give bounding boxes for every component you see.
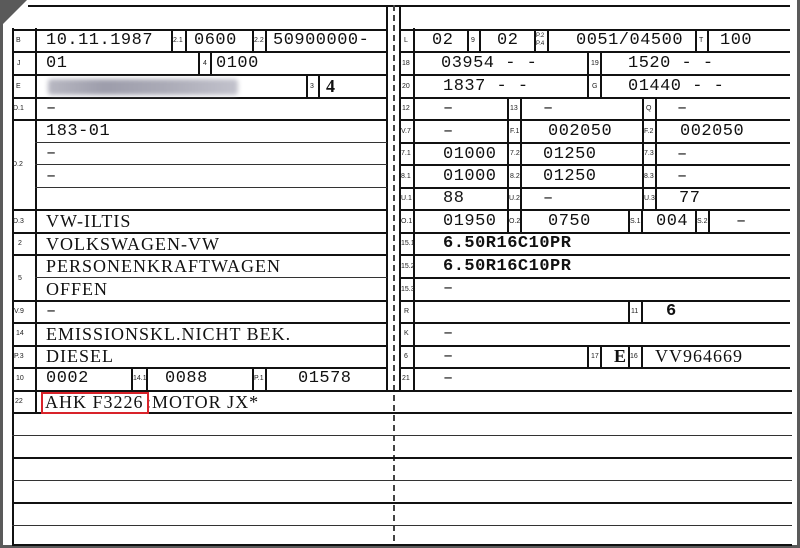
field-label-6: 6 — [404, 353, 408, 361]
cell-divider — [198, 52, 200, 74]
cell-divider — [655, 120, 657, 142]
field-value-2: VOLKSWAGEN-VW — [46, 234, 220, 254]
cell-divider — [265, 30, 267, 51]
field-value-b-date: 10.11.1987 — [46, 31, 153, 51]
field-value-2-1: 0600 — [194, 31, 237, 51]
field-value-s1: 004 — [656, 212, 688, 232]
field-value-j: 01 — [46, 54, 67, 74]
row-line — [399, 51, 790, 53]
field-value-u3: 77 — [679, 189, 700, 209]
field-value-t: 100 — [720, 31, 752, 51]
row-line — [399, 74, 790, 76]
cell-divider — [507, 143, 509, 164]
field-value-2-2: 50900000- — [273, 31, 369, 51]
cell-divider — [520, 165, 522, 187]
field-label-o2: O.2 — [509, 218, 520, 226]
field-label-f1: F.1 — [510, 128, 519, 136]
cell-divider — [655, 143, 657, 164]
field-label-3: 3 — [310, 83, 314, 91]
field-value-v7: – — [443, 122, 454, 142]
cell-divider — [655, 98, 657, 119]
row-line — [35, 187, 387, 188]
field-value-u2: – — [543, 189, 554, 209]
empty-row-line — [12, 457, 792, 459]
field-label-u1: U.1 — [401, 195, 412, 203]
field-value-5-line2: OFFEN — [46, 279, 108, 299]
field-label-15-2: 15.2 — [401, 263, 415, 271]
cell-divider — [655, 188, 657, 209]
field-value-17: E — [614, 346, 627, 366]
cell-divider — [185, 30, 187, 51]
field-value-15-2: 6.50R16C10PR — [443, 257, 571, 277]
row-line — [399, 300, 790, 302]
cell-divider — [35, 391, 37, 412]
field-value-22-rest: :MOTOR JX* — [146, 392, 259, 412]
cell-divider — [520, 120, 522, 142]
field-value-14: EMISSIONSKL.NICHT BEK. — [46, 324, 291, 344]
field-value-l: 02 — [432, 31, 453, 51]
row-line — [399, 254, 790, 256]
field-value-16: VV964669 — [655, 346, 743, 366]
row-line — [399, 97, 790, 99]
field-value-o2: 0750 — [548, 212, 591, 232]
field-label-22: 22 — [15, 398, 23, 406]
empty-row-line — [12, 525, 792, 526]
field-label-2-2: 2.2 — [254, 37, 264, 45]
field-label-8-3: 8.3 — [644, 173, 654, 181]
row-line — [399, 322, 790, 324]
cell-divider — [265, 368, 267, 390]
cell-divider — [507, 120, 509, 142]
cell-divider — [641, 345, 643, 367]
bottom-line — [12, 544, 792, 546]
field-label-5: 5 — [18, 275, 22, 283]
row-line — [12, 97, 387, 99]
cell-divider — [655, 165, 657, 187]
field-label-j: J — [17, 60, 21, 68]
row-line — [399, 277, 790, 279]
field-label-15-1: 15.1 — [401, 240, 415, 248]
field-value-10: 0002 — [46, 369, 89, 389]
cell-divider — [600, 345, 602, 367]
field-value-6: – — [443, 347, 454, 367]
field-value-15-3: – — [443, 279, 454, 299]
field-value-k: – — [443, 324, 454, 344]
field-label-q: Q — [646, 105, 651, 113]
row-line — [399, 367, 790, 369]
field-label-u3: U.3 — [644, 195, 655, 203]
field-value-21: – — [443, 369, 454, 389]
field-value-7-3: – — [677, 145, 688, 165]
field-label-f2: F.2 — [644, 128, 653, 136]
field-label-g: G — [592, 83, 597, 91]
field-label-e: E — [16, 83, 21, 91]
field-label-b: B — [16, 37, 21, 45]
empty-row-line — [12, 480, 792, 481]
row-line — [35, 277, 387, 278]
field-value-14-1: 0088 — [165, 369, 208, 389]
row-line — [12, 51, 387, 53]
field-label-9: 9 — [471, 37, 475, 45]
field-value-13: – — [543, 99, 554, 119]
row-line — [399, 209, 790, 211]
field-label-16: 16 — [630, 353, 638, 361]
field-label-18: 18 — [402, 60, 410, 68]
field-value-3: 4 — [326, 76, 336, 96]
cell-divider — [641, 210, 643, 232]
field-label-21: 21 — [402, 375, 410, 383]
cell-divider — [467, 30, 469, 51]
field-value-d3: VW-ILTIS — [46, 211, 131, 231]
cell-divider — [600, 75, 602, 97]
cell-divider — [507, 98, 509, 119]
field-label-v9: V.9 — [14, 308, 24, 316]
field-value-d2-line3: – — [46, 167, 57, 187]
label-column-divider-left — [35, 28, 37, 413]
field-label-19: 19 — [591, 60, 599, 68]
cell-divider — [600, 52, 602, 74]
cell-divider — [507, 165, 509, 187]
row-line — [35, 164, 387, 165]
cell-divider — [479, 30, 481, 51]
field-label-s1: S.1 — [630, 218, 641, 226]
field-value-8-1: 01000 — [443, 167, 497, 187]
row-line — [399, 142, 790, 144]
field-value-f1: 002050 — [548, 122, 612, 142]
field-label-t: T — [699, 37, 703, 45]
field-value-p3: DIESEL — [46, 346, 114, 366]
cell-divider — [695, 30, 697, 51]
field-value-q: – — [677, 99, 688, 119]
field-label-p4: P.4 — [536, 41, 544, 48]
cell-divider — [146, 368, 148, 390]
cell-divider — [587, 52, 589, 74]
cell-divider — [641, 300, 643, 322]
cell-divider — [520, 143, 522, 164]
field-label-o1: O.1 — [401, 218, 412, 226]
field-value-12: – — [443, 99, 454, 119]
cell-divider — [708, 210, 710, 232]
field-label-14-1: 14.1 — [133, 375, 147, 383]
field-value-p1: 01578 — [298, 369, 352, 389]
field-label-7-3: 7.3 — [644, 150, 654, 158]
field-value-18: 03954 - - — [441, 54, 537, 74]
cell-divider — [707, 30, 709, 51]
field-value-15-1: 6.50R16C10PR — [443, 234, 571, 254]
field-label-p3: P.3 — [14, 353, 24, 361]
cell-divider — [587, 345, 589, 367]
row-line — [12, 300, 387, 302]
field-value-8-3: – — [677, 167, 688, 187]
field-label-8-1: 8.1 — [401, 173, 411, 181]
field-label-20: 20 — [402, 83, 410, 91]
field-value-d2-line2: – — [46, 144, 57, 164]
field-value-11: 6 — [666, 302, 677, 322]
field-value-s2: – — [736, 212, 747, 232]
field-value-f2: 002050 — [680, 122, 744, 142]
center-divider-left — [386, 5, 388, 390]
field-value-5-line1: PERSONENKRAFTWAGEN — [46, 256, 281, 276]
field-label-7-2: 7.2 — [510, 150, 520, 158]
field-label-4: 4 — [203, 60, 207, 68]
field-label-p2: P.2 — [536, 33, 544, 40]
redacted-vin — [48, 79, 238, 95]
field-label-v7: V.7 — [401, 128, 411, 136]
field-label-10: 10 — [16, 375, 24, 383]
cell-divider — [520, 188, 522, 209]
frame-top-line — [28, 5, 790, 7]
field-value-9: 02 — [497, 31, 518, 51]
field-label-k: K — [404, 330, 409, 338]
cell-divider — [587, 75, 589, 97]
field-label-2: 2 — [18, 240, 22, 248]
cell-divider — [520, 210, 522, 232]
field-value-d1: – — [46, 99, 57, 119]
cell-divider — [210, 52, 212, 74]
field-value-19: 1520 - - — [628, 54, 714, 74]
field-label-l: L — [404, 37, 408, 45]
field-value-v9: – — [46, 302, 57, 322]
field-label-u2: U.2 — [509, 195, 520, 203]
field-label-d1: D.1 — [13, 105, 24, 113]
field-label-r: R — [404, 308, 409, 316]
cell-divider — [520, 98, 522, 119]
field-value-4: 0100 — [216, 54, 259, 74]
field-label-11: 11 — [631, 308, 638, 316]
cell-divider — [642, 98, 644, 119]
field-label-2-1: 2.1 — [173, 37, 183, 45]
field-value-u1: 88 — [443, 189, 464, 209]
field-value-d2-line1: 183-01 — [46, 122, 110, 142]
field-label-12: 12 — [402, 105, 410, 113]
field-value-20: 1837 - - — [443, 77, 529, 97]
field-value-g: 01440 - - — [628, 77, 724, 97]
cell-divider — [318, 75, 320, 97]
field-label-14: 14 — [16, 330, 24, 338]
field-label-s2: S.2 — [697, 218, 708, 226]
empty-row-line — [12, 502, 792, 504]
center-fold-line — [393, 5, 395, 545]
row-line — [12, 119, 387, 121]
field-value-p2-p4: 0051/04500 — [576, 31, 683, 51]
cell-divider — [547, 30, 549, 51]
field-value-7-1: 01000 — [443, 145, 497, 165]
cell-divider — [628, 300, 630, 322]
field-label-15-3: 15.3 — [401, 286, 415, 294]
empty-row-line — [12, 435, 792, 436]
row-line — [35, 142, 387, 143]
highlight-box — [41, 392, 149, 414]
field-value-7-2: 01250 — [543, 145, 597, 165]
field-label-7-1: 7.1 — [401, 150, 411, 158]
field-label-17: 17 — [591, 353, 599, 361]
field-label-p1: P.1 — [254, 375, 264, 383]
field-value-o1: 01950 — [443, 212, 497, 232]
cell-divider — [306, 75, 308, 97]
field-value-8-2: 01250 — [543, 167, 597, 187]
field-label-8-2: 8.2 — [510, 173, 520, 181]
field-label-d3: D.3 — [13, 218, 24, 226]
field-label-13: 13 — [510, 105, 518, 113]
row-line — [399, 119, 790, 121]
field-label-d2: D.2 — [12, 161, 23, 169]
